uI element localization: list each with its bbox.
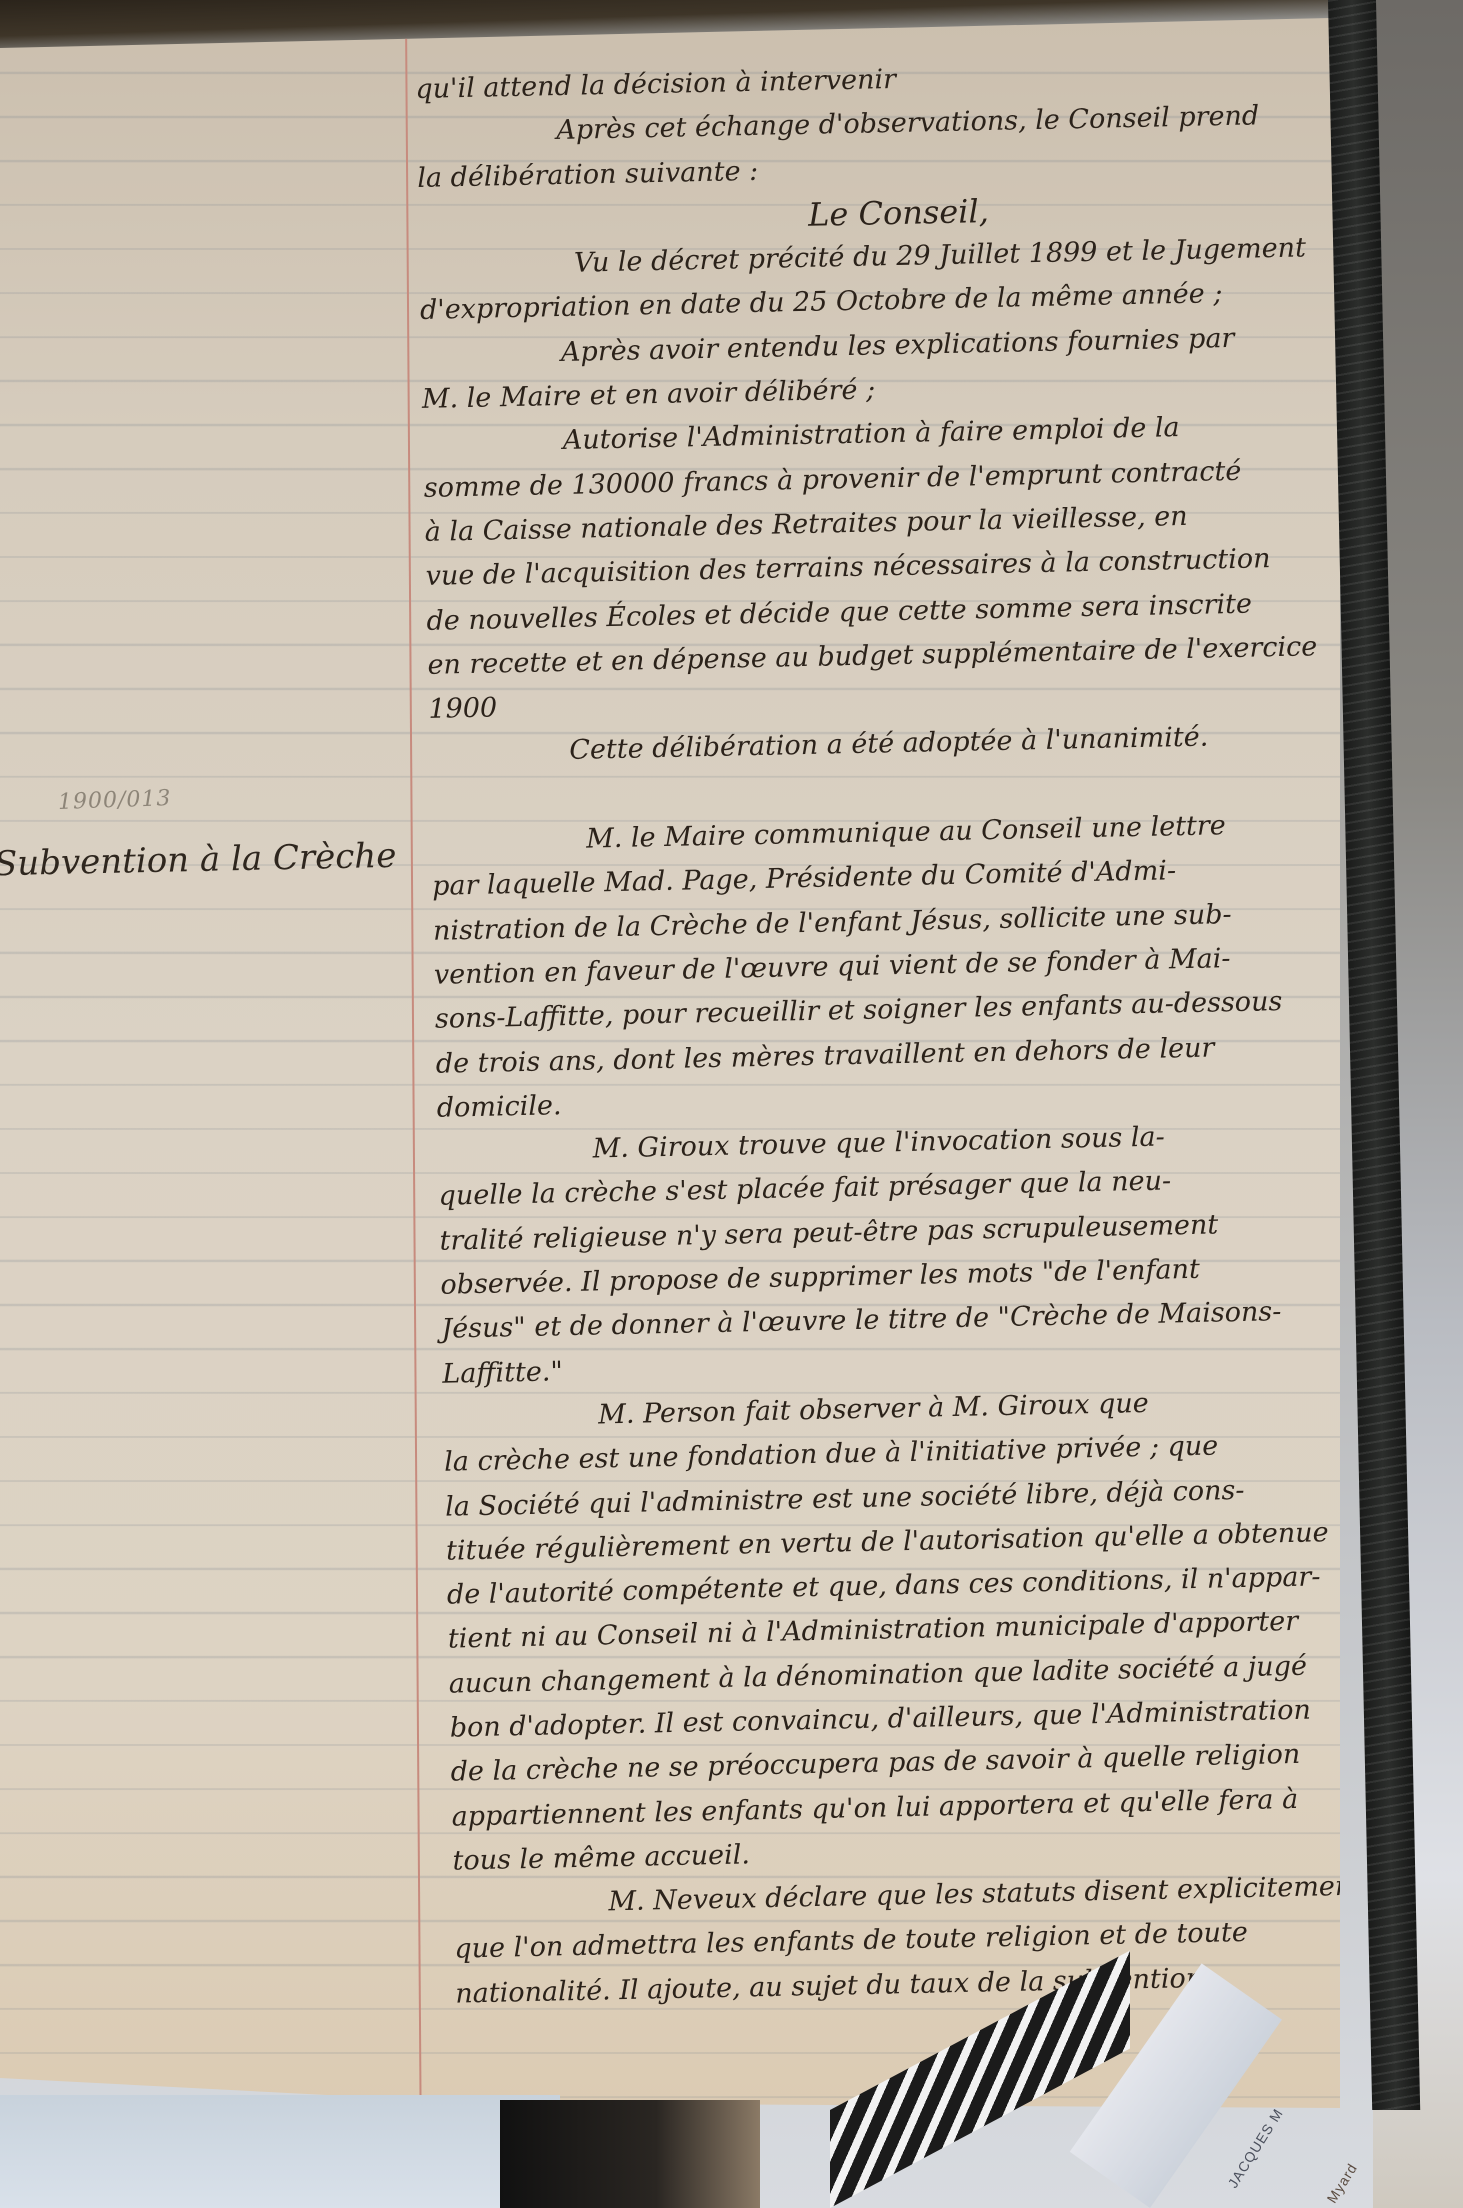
register-page: 1900/013 Subvention à la Crèche qu'il at… (0, 18, 1340, 2108)
desk-surface (0, 2095, 560, 2208)
book-spine-label: Myard (1324, 2160, 1361, 2206)
archive-reference: 1900/013 (58, 786, 172, 815)
margin-column: 1900/013 Subvention à la Crèche (0, 18, 405, 2108)
shadow-object (500, 2100, 760, 2208)
book-spine-label: JACQUES M (1225, 2105, 1287, 2190)
photo-scene: 1900/013 Subvention à la Crèche qu'il at… (0, 0, 1463, 2208)
entry-title: Subvention à la Crèche (0, 836, 397, 884)
handwritten-body: qu'il attend la décision à intervenirApr… (415, 49, 1366, 2017)
